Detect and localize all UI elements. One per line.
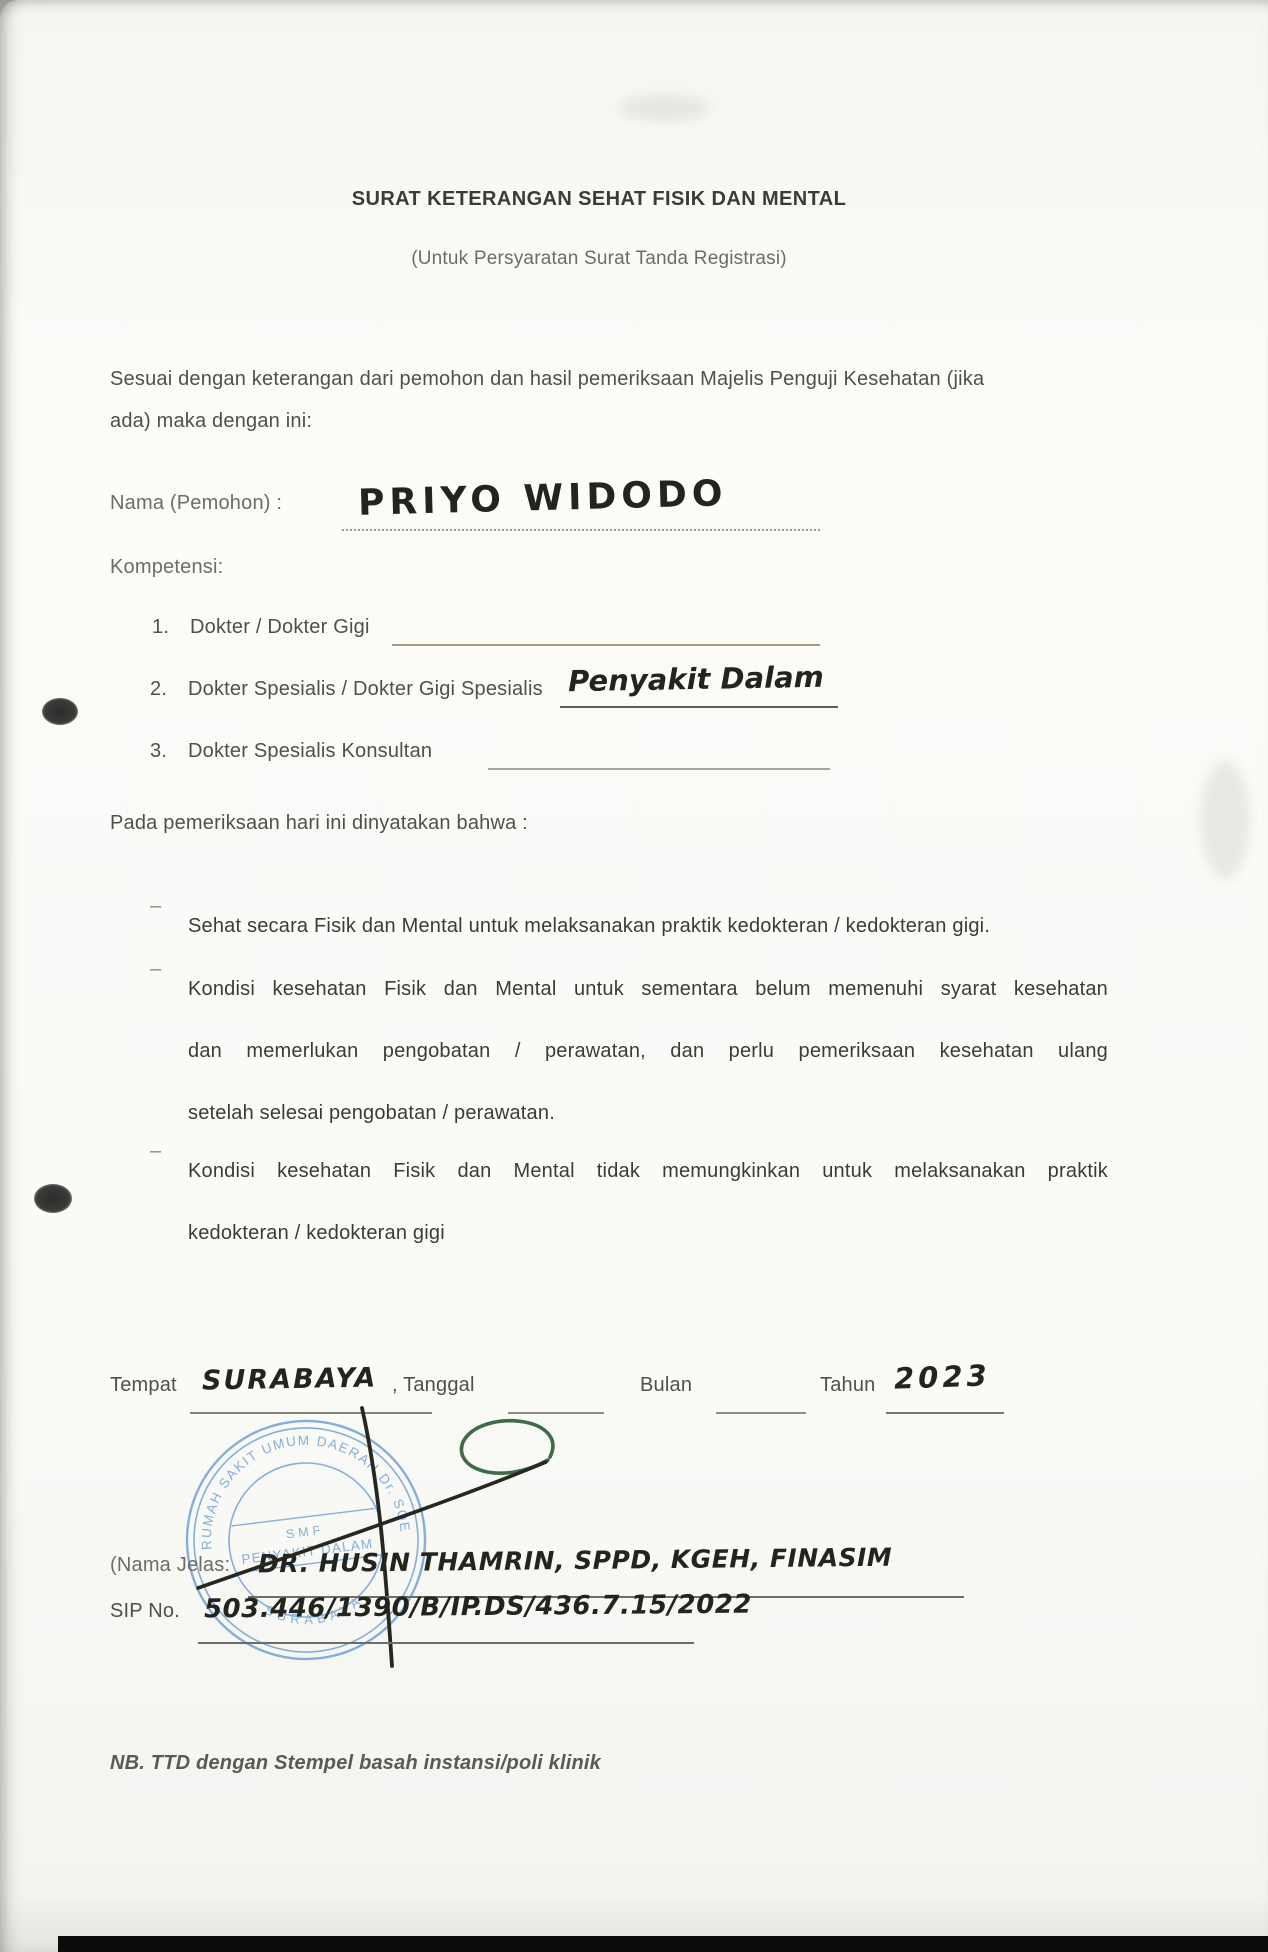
- statement-1: Sehat secara Fisik dan Mental untuk mela…: [188, 895, 1108, 957]
- kompetensi-item-1-num: 1.: [152, 616, 169, 639]
- scan-smudge-right: [1200, 760, 1250, 880]
- intro-line-1: Sesuai dengan keterangan dari pemohon da…: [110, 358, 1140, 400]
- handwritten-tempat: SURABAYA: [202, 1362, 378, 1396]
- handwritten-doctor-name: DR. HUSIN THAMRIN, SPPD, KGEH, FINASIM: [258, 1543, 893, 1579]
- statement-2-line-2: dan memerlukan pengobatan / perawatan, d…: [188, 1020, 1108, 1082]
- statement-3: Kondisi kesehatan Fisik dan Mental tidak…: [188, 1140, 1108, 1264]
- statement-1-dash: –: [150, 895, 161, 918]
- signature-scrawl: [150, 1402, 670, 1682]
- kompetensi-item-3-label: Dokter Spesialis Konsultan: [188, 740, 432, 763]
- scan-smudge-top: [620, 95, 710, 121]
- tempat-label: Tempat: [110, 1374, 177, 1397]
- statement-intro: Pada pemeriksaan hari ini dinyatakan bah…: [110, 812, 528, 835]
- hole-punch-bottom: [34, 1184, 72, 1213]
- kompetensi-item-1-blank: [392, 644, 820, 646]
- kompetensi-label: Kompetensi:: [110, 556, 223, 579]
- tanggal-label: , Tanggal: [392, 1374, 475, 1397]
- intro-paragraph: Sesuai dengan keterangan dari pemohon da…: [110, 358, 1140, 442]
- kompetensi-item-2-blank: [560, 706, 838, 708]
- nama-jelas-label: (Nama Jelas:: [110, 1554, 230, 1577]
- handwritten-specialty: Penyakit Dalam: [568, 660, 824, 698]
- handwritten-tahun: 2023: [893, 1358, 991, 1395]
- statement-3-line-1: Kondisi kesehatan Fisik dan Mental tidak…: [188, 1140, 1108, 1202]
- statement-1-line-1: Sehat secara Fisik dan Mental untuk mela…: [188, 895, 1108, 957]
- name-label: Nama (Pemohon) :: [110, 492, 282, 515]
- tahun-label: Tahun: [820, 1374, 876, 1397]
- kompetensi-item-2-label: Dokter Spesialis / Dokter Gigi Spesialis: [188, 678, 543, 701]
- signature-vertical-stroke: [362, 1408, 392, 1666]
- kompetensi-item-1-label: Dokter / Dokter Gigi: [190, 616, 370, 639]
- statement-2-line-1: Kondisi kesehatan Fisik dan Mental untuk…: [188, 958, 1108, 1020]
- scanned-document-page: SURAT KETERANGAN SEHAT FISIK DAN MENTAL …: [0, 0, 1268, 1952]
- statement-3-line-2: kedokteran / kedokteran gigi: [188, 1202, 1108, 1264]
- document-title: SURAT KETERANGAN SEHAT FISIK DAN MENTAL: [0, 188, 1198, 211]
- document-subtitle: (Untuk Persyaratan Surat Tanda Registras…: [0, 248, 1198, 270]
- bulan-blank: [716, 1412, 806, 1414]
- kompetensi-item-2-num: 2.: [150, 678, 167, 701]
- handwritten-sip-number: 503.446/1390/B/IP.DS/436.7.15/2022: [204, 1590, 752, 1625]
- name-blank-line: [342, 529, 820, 531]
- statement-3-dash: –: [150, 1140, 161, 1163]
- handwritten-applicant-name: PRIYO WIDODO: [358, 473, 728, 524]
- intro-line-2: ada) maka dengan ini:: [110, 400, 1140, 442]
- kompetensi-item-3-blank: [488, 768, 830, 770]
- tahun-blank: [886, 1412, 1004, 1414]
- statement-2-dash: –: [150, 958, 161, 981]
- statement-2: Kondisi kesehatan Fisik dan Mental untuk…: [188, 958, 1108, 1144]
- sip-blank: [198, 1642, 694, 1644]
- title-text: SURAT KETERANGAN SEHAT FISIK DAN MENTAL: [352, 188, 846, 210]
- bulan-label: Bulan: [640, 1374, 692, 1397]
- footnote: NB. TTD dengan Stempel basah instansi/po…: [110, 1752, 601, 1775]
- hole-punch-top: [42, 698, 78, 725]
- kompetensi-item-3-num: 3.: [150, 740, 167, 763]
- scan-edge-bar: [58, 1936, 1268, 1952]
- subtitle-text: (Untuk Persyaratan Surat Tanda Registras…: [411, 248, 787, 269]
- sip-label: SIP No.: [110, 1600, 180, 1623]
- statement-2-line-3: setelah selesai pengobatan / perawatan.: [188, 1082, 1108, 1144]
